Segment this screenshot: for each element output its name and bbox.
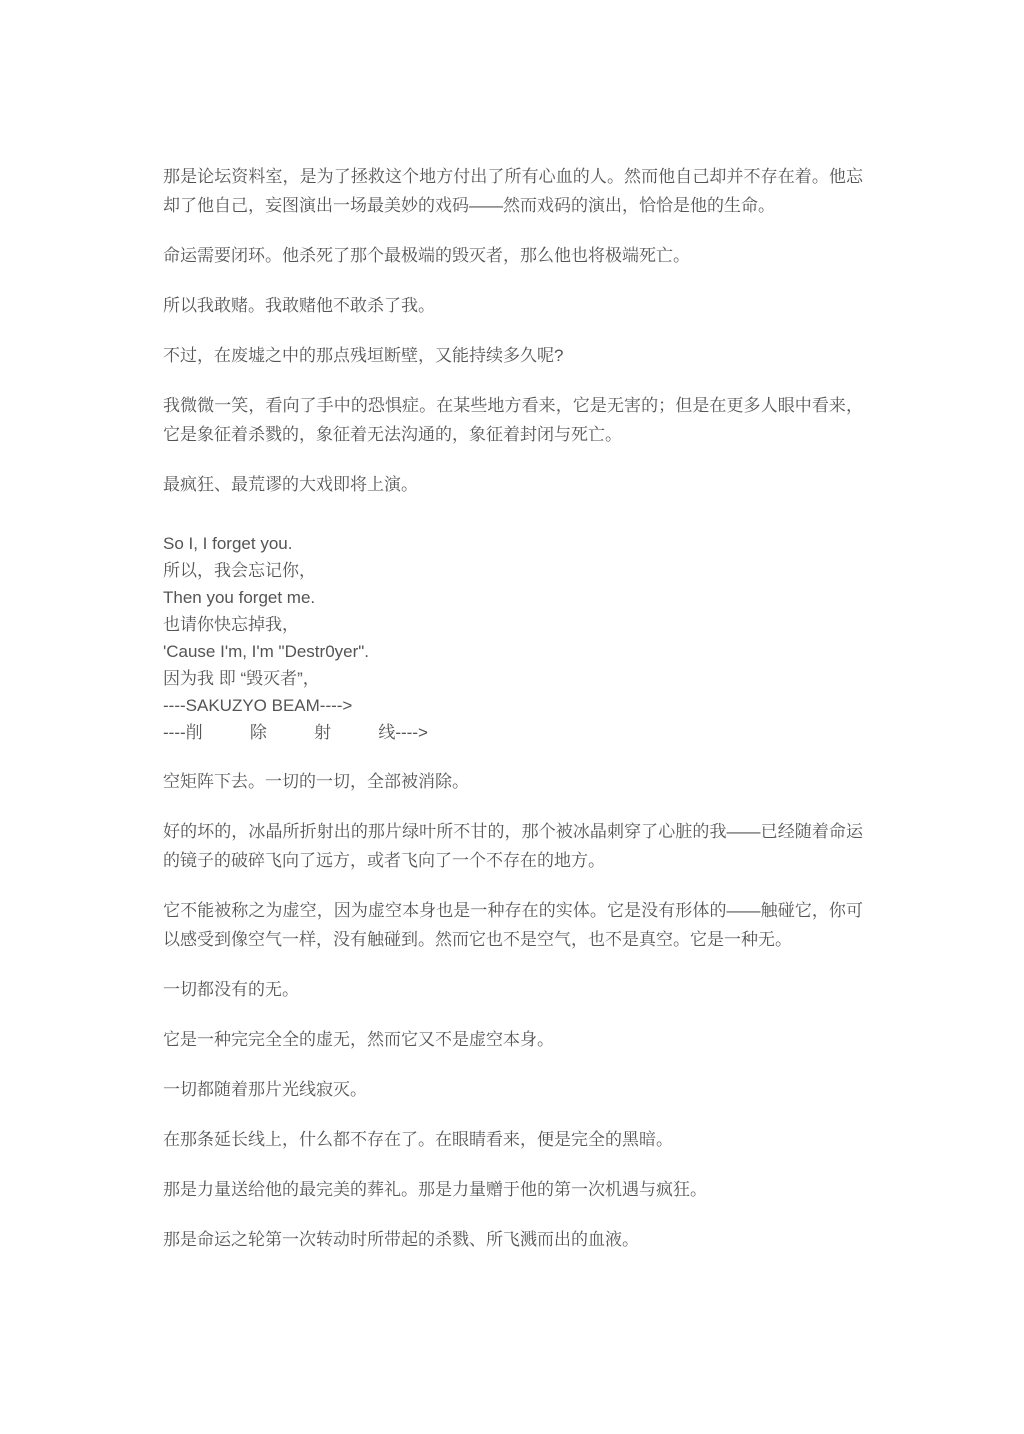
document-page: 那是论坛资料室，是为了拯救这个地方付出了所有心血的人。然而他自己却并不存在着。他… <box>0 0 1024 1434</box>
paragraph: 那是力量送给他的最完美的葬礼。那是力量赠于他的第一次机遇与疯狂。 <box>163 1175 863 1204</box>
lyric-line: 'Cause I'm, I'm "Destr0yer". <box>163 638 863 665</box>
lyric-line: 所以，我会忘记你， <box>163 557 863 584</box>
paragraph: 那是命运之轮第一次转动时所带起的杀戮、所飞溅而出的血液。 <box>163 1225 863 1254</box>
paragraph: 空矩阵下去。一切的一切，全部被消除。 <box>163 767 863 796</box>
paragraph: 在那条延长线上，什么都不存在了。在眼睛看来，便是完全的黑暗。 <box>163 1125 863 1154</box>
lyric-line: ----削 除 射 线----> <box>163 719 863 746</box>
paragraph: 不过，在废墟之中的那点残垣断壁，又能持续多久呢? <box>163 341 863 370</box>
paragraph: 命运需要闭环。他杀死了那个最极端的毁灭者，那么他也将极端死亡。 <box>163 241 863 270</box>
paragraph: 最疯狂、最荒谬的大戏即将上演。 <box>163 470 863 499</box>
lyric-line: ----SAKUZYO BEAM----> <box>163 692 863 719</box>
paragraph: 那是论坛资料室，是为了拯救这个地方付出了所有心血的人。然而他自己却并不存在着。他… <box>163 162 863 220</box>
paragraph: 一切都没有的无。 <box>163 975 863 1004</box>
lyric-line: Then you forget me. <box>163 584 863 611</box>
paragraph: 好的坏的，冰晶所折射出的那片绿叶所不甘的，那个被冰晶刺穿了心脏的我——已经随着命… <box>163 817 863 875</box>
lyrics-block: So I, I forget you. 所以，我会忘记你， Then you f… <box>163 530 863 746</box>
paragraph: 我微微一笑，看向了手中的恐惧症。在某些地方看来，它是无害的；但是在更多人眼中看来… <box>163 391 863 449</box>
paragraph: 它是一种完完全全的虚无，然而它又不是虚空本身。 <box>163 1025 863 1054</box>
lyric-line: 因为我 即 “毁灭者”， <box>163 665 863 692</box>
lyric-line: So I, I forget you. <box>163 530 863 557</box>
paragraph: 所以我敢赌。我敢赌他不敢杀了我。 <box>163 291 863 320</box>
paragraph: 它不能被称之为虚空，因为虚空本身也是一种存在的实体。它是没有形体的——触碰它，你… <box>163 896 863 954</box>
document-content: 那是论坛资料室，是为了拯救这个地方付出了所有心血的人。然而他自己却并不存在着。他… <box>163 0 863 1275</box>
paragraph: 一切都随着那片光线寂灭。 <box>163 1075 863 1104</box>
lyric-line: 也请你快忘掉我， <box>163 611 863 638</box>
